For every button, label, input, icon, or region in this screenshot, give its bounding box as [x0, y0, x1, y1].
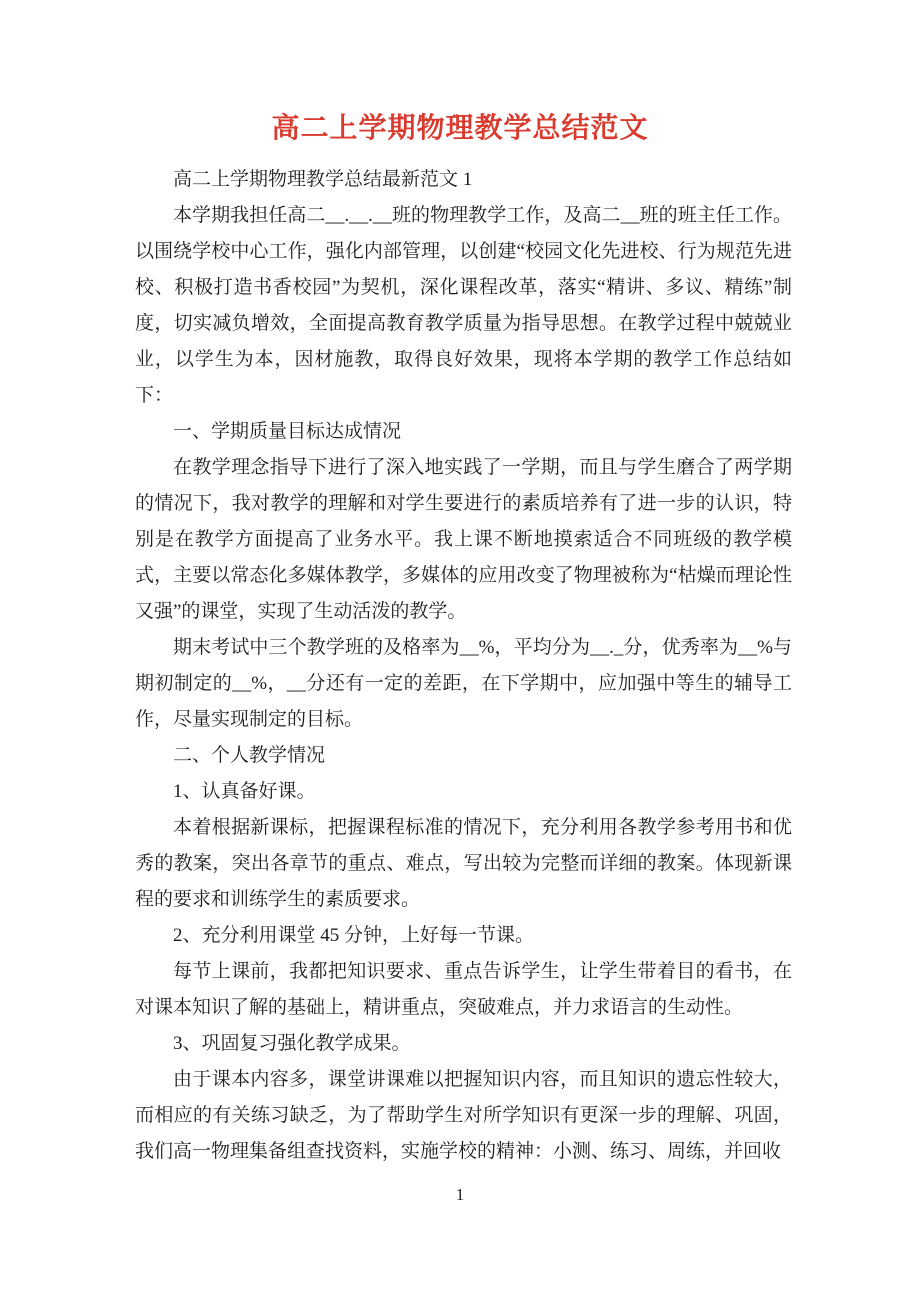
paragraph: 由于课本内容多，课堂讲课难以把握知识内容，而且知识的遗忘性较大，而相应的有关练习… — [135, 1062, 792, 1170]
paragraph: 每节上课前，我都把知识要求、重点告诉学生，让学生带着目的看书，在对课本知识了解的… — [135, 954, 792, 1026]
page-number: 1 — [0, 1184, 920, 1206]
paragraph: 本学期我担任高二__.__.__班的物理教学工作，及高二__班的班主任工作。以围… — [135, 198, 792, 414]
paragraph: 在教学理念指导下进行了深入地实践了一学期，而且与学生磨合了两学期的情况下，我对教… — [135, 450, 792, 630]
paragraph: 高二上学期物理教学总结最新范文 1 — [135, 162, 792, 198]
paragraph: 一、学期质量目标达成情况 — [135, 414, 792, 450]
paragraph: 2、充分利用课堂 45 分钟，上好每一节课。 — [135, 918, 792, 954]
paragraph: 期末考试中三个教学班的及格率为__%，平均分为__._分，优秀率为__%与期初制… — [135, 630, 792, 738]
paragraph: 3、巩固复习强化教学成果。 — [135, 1026, 792, 1062]
paragraph: 本着根据新课标，把握课程标准的情况下，充分利用各教学参考用书和优秀的教案，突出各… — [135, 810, 792, 918]
paragraph: 二、个人教学情况 — [135, 738, 792, 774]
document-page: 高二上学期物理教学总结范文 高二上学期物理教学总结最新范文 1本学期我担任高二_… — [0, 0, 920, 1302]
document-title: 高二上学期物理教学总结范文 — [0, 110, 920, 148]
paragraph: 1、认真备好课。 — [135, 774, 792, 810]
document-body: 高二上学期物理教学总结最新范文 1本学期我担任高二__.__.__班的物理教学工… — [135, 162, 792, 1170]
